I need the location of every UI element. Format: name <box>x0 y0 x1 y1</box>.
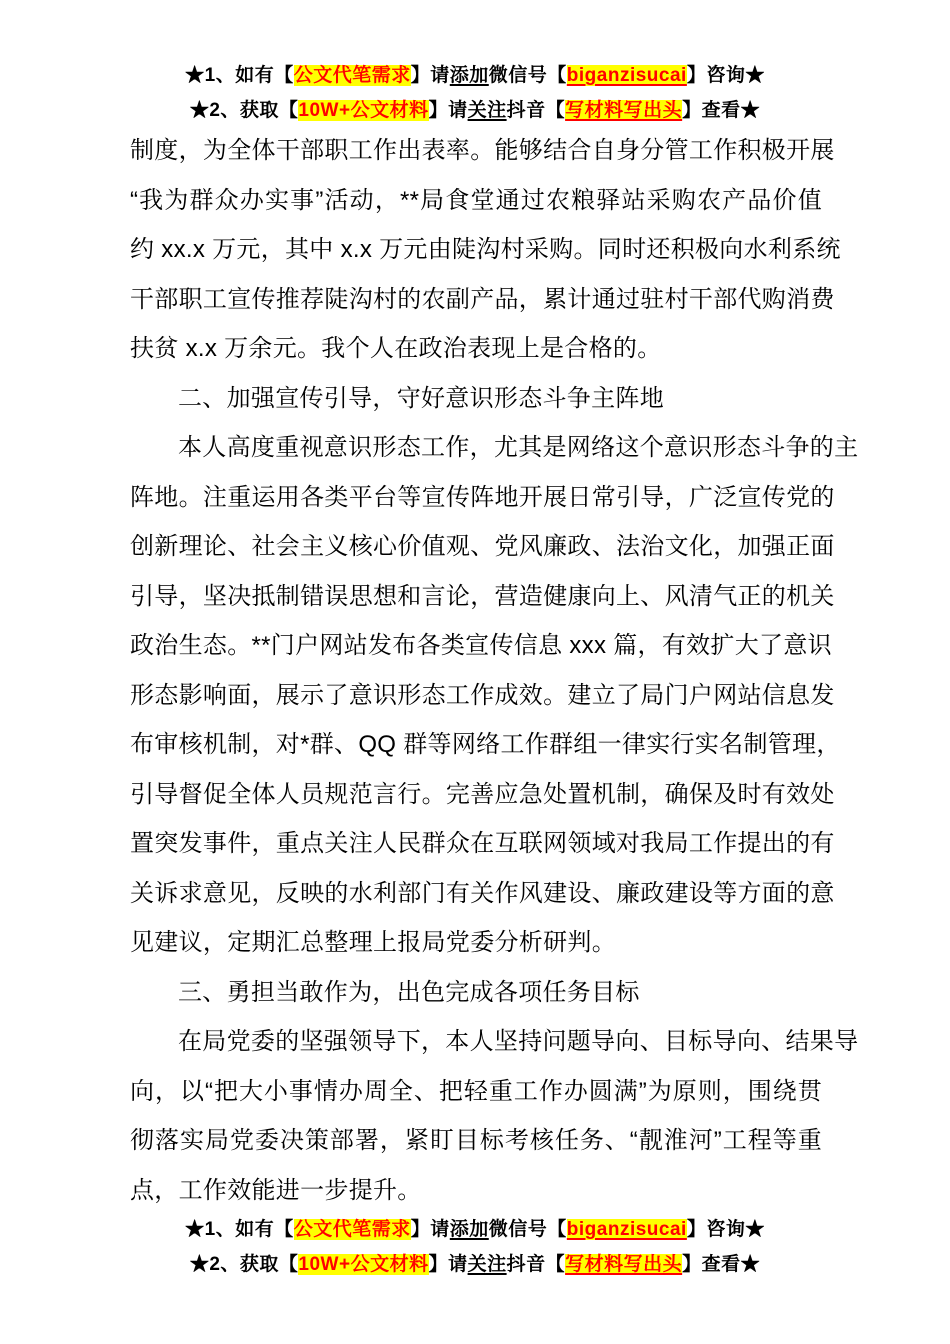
text-line: 政治生态。**门户网站发布各类宣传信息 xxx 篇，有效扩大了意识 <box>130 621 822 671</box>
promo-highlight-text: biganzisucai <box>567 65 687 86</box>
promo-text: 】请 <box>429 100 468 121</box>
promo-text: 】请 <box>411 1219 450 1240</box>
text-line: 制度，为全体干部职工作出表率。能够结合自身分管工作积极开展 <box>130 126 822 176</box>
promo-highlight-text: 10W+公文材料 <box>298 100 428 121</box>
header-promo-line-2: ★2、获取【10W+公文材料】请关注抖音【写材料写出头】查看★ <box>0 93 950 128</box>
promo-text: ★2、获取【 <box>190 1254 299 1275</box>
text-line: 创新理论、社会主义核心价值观、党风廉政、法治文化，加强正面 <box>130 522 822 572</box>
text-line: 点，工作效能进一步提升。 <box>130 1166 822 1216</box>
promo-text: 微信号【 <box>489 1219 567 1240</box>
text-line: 彻落实局党委决策部署，紧盯目标考核任务、“靓淮河”工程等重 <box>130 1116 822 1166</box>
header-promo-line-1: ★1、如有【公文代笔需求】请添加微信号【biganzisucai】咨询★ <box>0 58 950 93</box>
text-line: 关诉求意见，反映的水利部门有关作风建设、廉政建设等方面的意 <box>130 869 822 919</box>
text-line: “我为群众办实事”活动，**局食堂通过农粮驿站采购农产品价值 <box>130 176 822 226</box>
promo-text: 】查看★ <box>682 1254 760 1275</box>
promo-highlight-text: 10W+公文材料 <box>298 1254 428 1275</box>
promo-highlight-text: 写材料写出头 <box>565 1254 682 1275</box>
promo-text: ★1、如有【 <box>185 65 294 86</box>
promo-text: 抖音【 <box>507 1254 566 1275</box>
promo-text: ★1、如有【 <box>185 1219 294 1240</box>
text-line: 在局党委的坚强领导下，本人坚持问题导向、目标导向、结果导 <box>130 1017 822 1067</box>
promo-text: ★2、获取【 <box>190 100 299 121</box>
promo-text: 微信号【 <box>489 65 567 86</box>
promo-highlight-text: 公文代笔需求 <box>294 1219 411 1240</box>
document-page: ★1、如有【公文代笔需求】请添加微信号【biganzisucai】咨询★★2、获… <box>0 0 950 1344</box>
section-heading: 三、勇担当敢作为，出色完成各项任务目标 <box>130 968 822 1018</box>
text-line: 置突发事件，重点关注人民群众在互联网领域对我局工作提出的有 <box>130 819 822 869</box>
promo-text: 关注 <box>468 100 507 121</box>
section-heading: 二、加强宣传引导，守好意识形态斗争主阵地 <box>130 374 822 424</box>
promo-text: 】咨询★ <box>687 65 765 86</box>
document-body: 制度，为全体干部职工作出表率。能够结合自身分管工作积极开展“我为群众办实事”活动… <box>130 126 822 1215</box>
promo-text: 】请 <box>411 65 450 86</box>
promo-highlight-text: 写材料写出头 <box>565 100 682 121</box>
text-line: 约 xx.x 万元，其中 x.x 万元由陡沟村采购。同时还积极向水利系统 <box>130 225 822 275</box>
promo-text: 添加 <box>450 65 489 86</box>
footer-ad: ★1、如有【公文代笔需求】请添加微信号【biganzisucai】咨询★★2、获… <box>0 1212 950 1282</box>
text-line: 阵地。注重运用各类平台等宣传阵地开展日常引导，广泛宣传党的 <box>130 473 822 523</box>
promo-highlight-text: 公文代笔需求 <box>294 65 411 86</box>
footer-promo-line-2: ★2、获取【10W+公文材料】请关注抖音【写材料写出头】查看★ <box>0 1247 950 1282</box>
promo-text: 】请 <box>429 1254 468 1275</box>
footer-promo-line-1: ★1、如有【公文代笔需求】请添加微信号【biganzisucai】咨询★ <box>0 1212 950 1247</box>
text-line: 向，以“把大小事情办周全、把轻重工作办圆满”为原则，围绕贯 <box>130 1067 822 1117</box>
header-ad: ★1、如有【公文代笔需求】请添加微信号【biganzisucai】咨询★★2、获… <box>0 58 950 128</box>
promo-text: 】咨询★ <box>687 1219 765 1240</box>
text-line: 布审核机制，对*群、QQ 群等网络工作群组一律实行实名制管理， <box>130 720 822 770</box>
text-line: 干部职工宣传推荐陡沟村的农副产品，累计通过驻村干部代购消费 <box>130 275 822 325</box>
text-line: 本人高度重视意识形态工作，尤其是网络这个意识形态斗争的主 <box>130 423 822 473</box>
text-line: 引导督促全体人员规范言行。完善应急处置机制，确保及时有效处 <box>130 770 822 820</box>
text-line: 引导，坚决抵制错误思想和言论，营造健康向上、风清气正的机关 <box>130 572 822 622</box>
promo-text: 添加 <box>450 1219 489 1240</box>
promo-text: 抖音【 <box>507 100 566 121</box>
promo-text: 】查看★ <box>682 100 760 121</box>
text-line: 扶贫 x.x 万余元。我个人在政治表现上是合格的。 <box>130 324 822 374</box>
text-line: 形态影响面，展示了意识形态工作成效。建立了局门户网站信息发 <box>130 671 822 721</box>
promo-text: 关注 <box>468 1254 507 1275</box>
text-line: 见建议，定期汇总整理上报局党委分析研判。 <box>130 918 822 968</box>
promo-highlight-text: biganzisucai <box>567 1219 687 1240</box>
